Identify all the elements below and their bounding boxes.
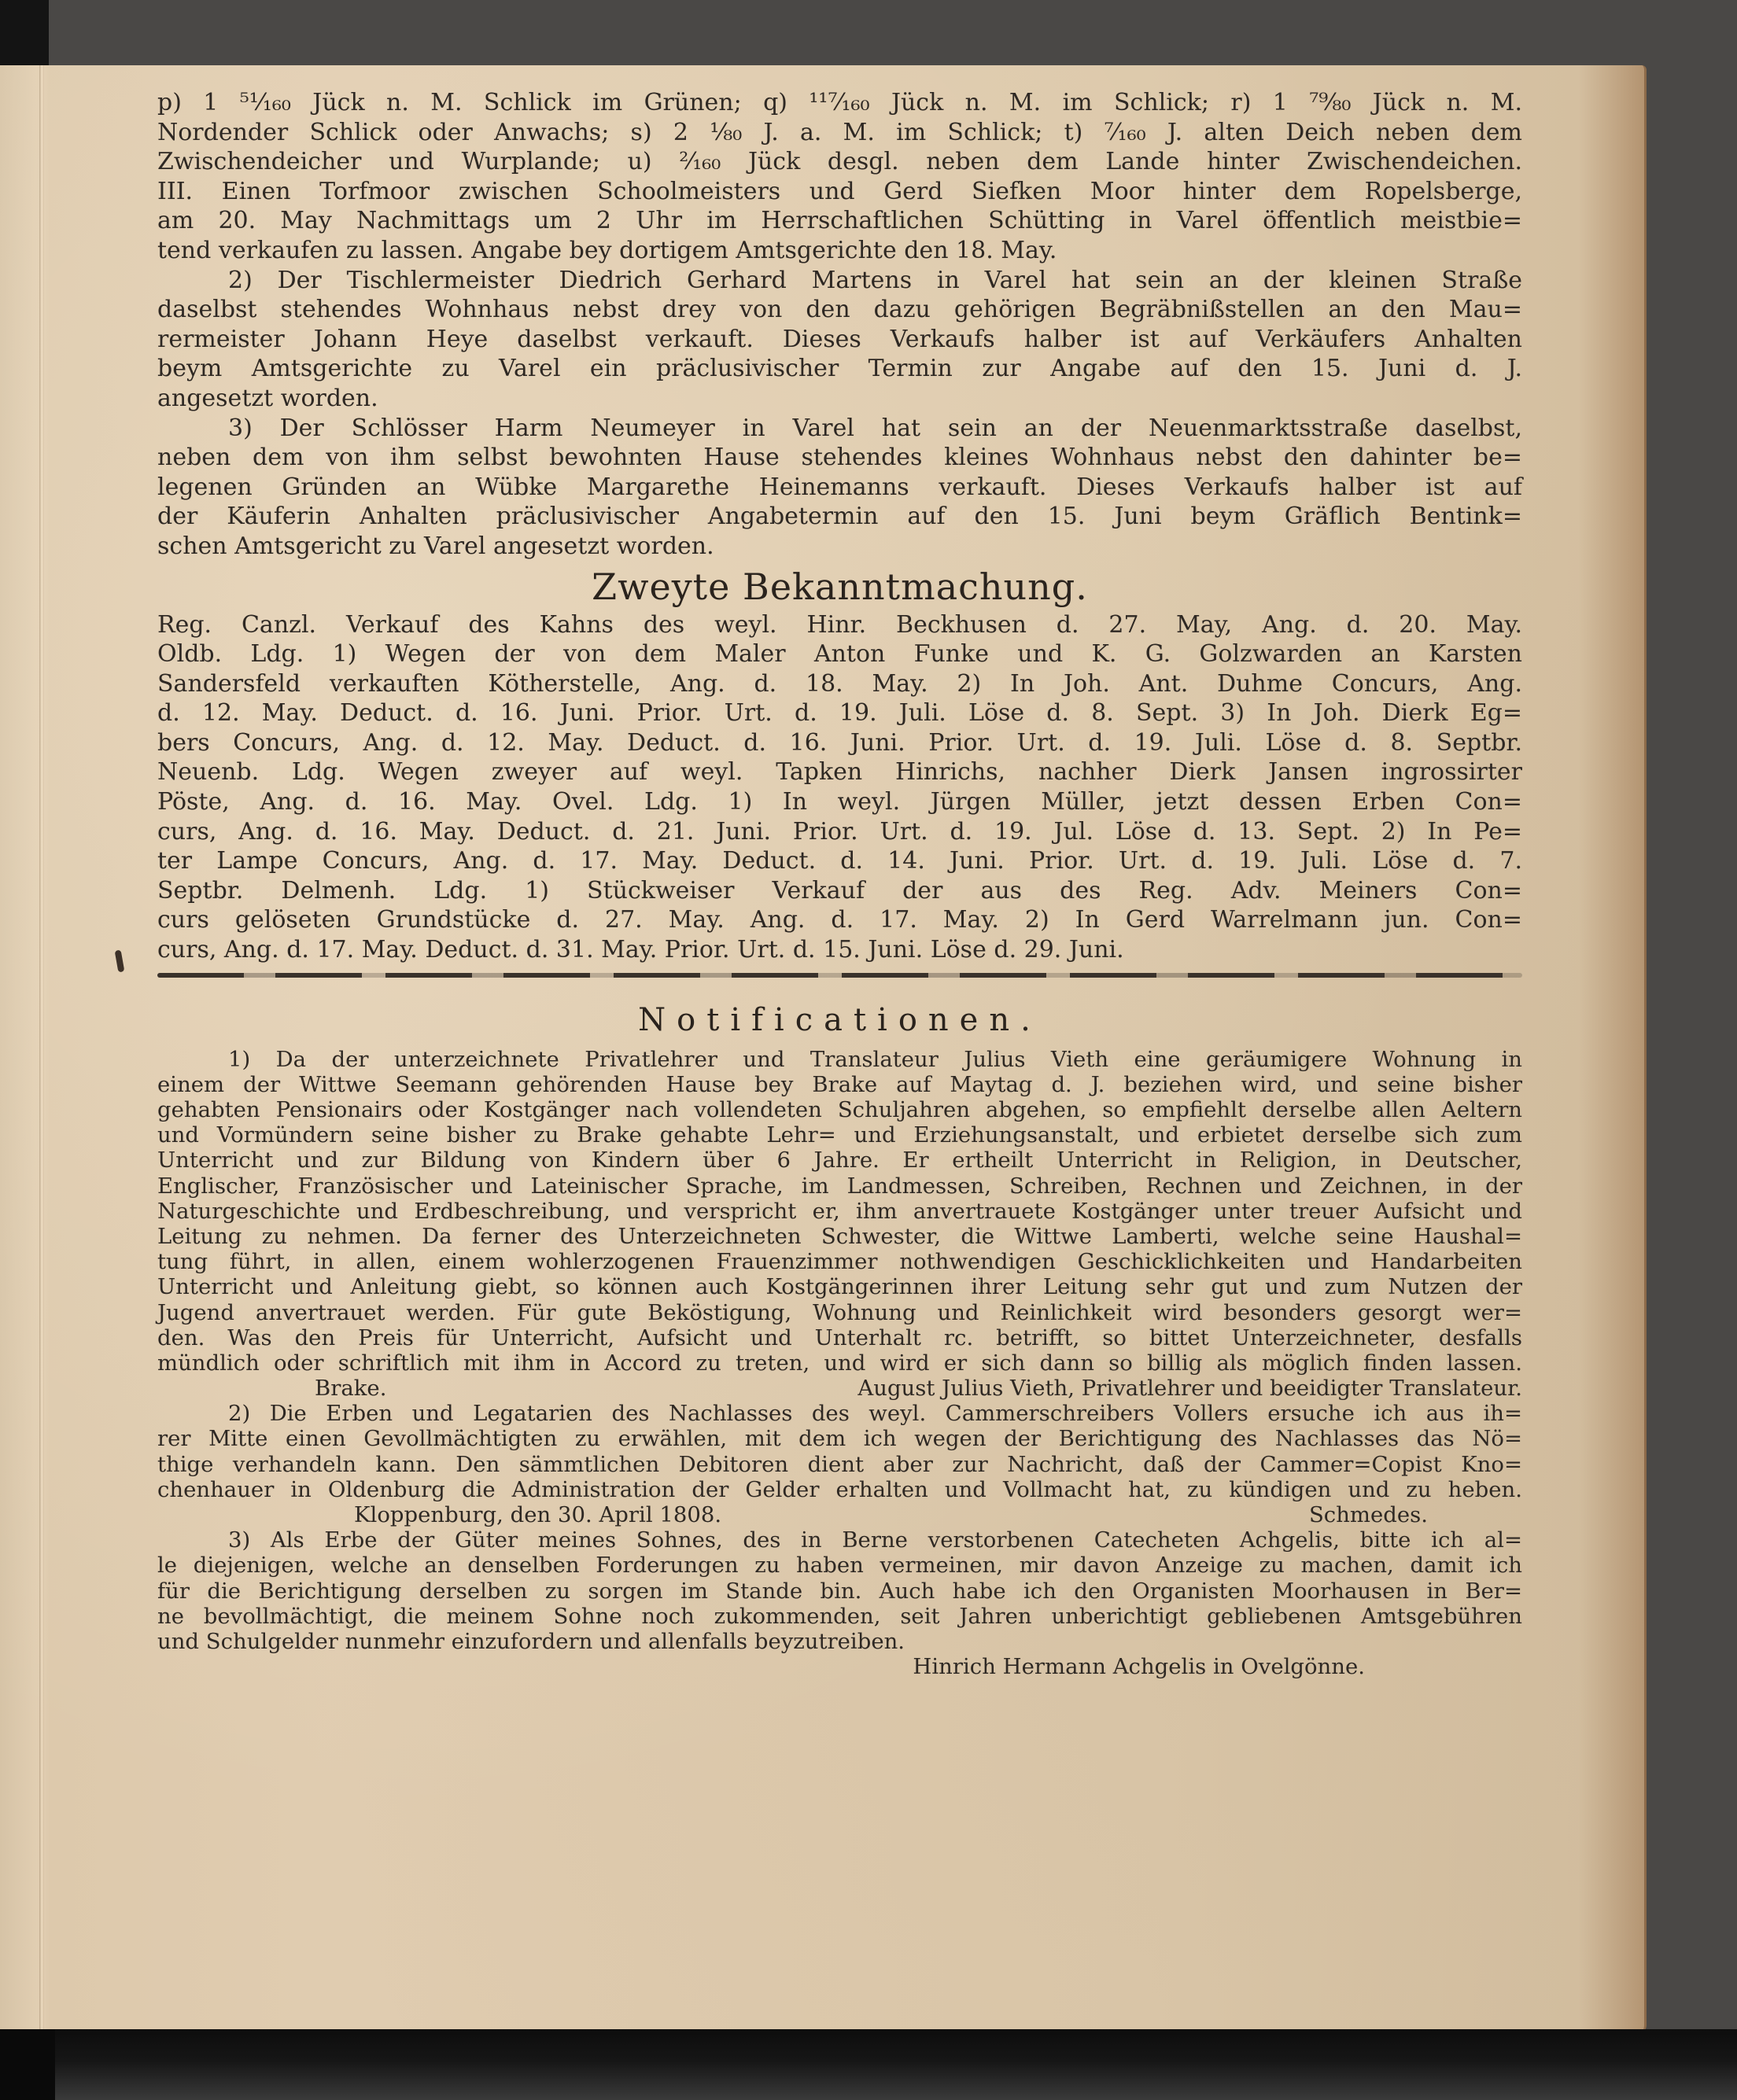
signature-line: Hinrich Hermann Achgelis in Ovelgönne. [157,1654,1522,1679]
text-line: einem der Wittwe Seemann gehörenden Haus… [157,1072,1522,1097]
text-line: 2) Der Tischlermeister Diedrich Gerhard … [157,266,1522,296]
text-line: angesetzt worden. [157,384,1522,414]
text-line: ter Lampe Concurs, Ang. d. 17. May. Dedu… [157,846,1522,876]
text-line: und Schulgelder nunmehr einzufordern und… [157,1629,1522,1654]
signature: August Julius Vieth, Privatlehrer und be… [857,1376,1522,1401]
text-line: tung führt, in allen, einem wohlerzogene… [157,1249,1522,1274]
text-line: und Vormündern seine bisher zu Brake geh… [157,1122,1522,1148]
text-line: Unterricht und zur Bildung von Kindern ü… [157,1148,1522,1173]
text-line: Leitung zu nehmen. Da ferner des Unterze… [157,1224,1522,1249]
text-line: legenen Gründen an Wübke Margarethe Hein… [157,473,1522,503]
text-line: rermeister Johann Heye daselbst verkauft… [157,325,1522,355]
text-line: für die Berichtigung derselben zu sorgen… [157,1579,1522,1604]
text-line: rer Mitte einen Gevollmächtigten zu erwä… [157,1426,1522,1451]
signature: Schmedes. [1309,1502,1522,1527]
text-line: curs, Ang. d. 17. May. Deduct. d. 31. Ma… [157,935,1522,965]
text-line: neben dem von ihm selbst bewohnten Hause… [157,443,1522,473]
notice-3: 3) Als Erbe der Güter meines Sohnes, des… [157,1527,1522,1679]
text-line: gehabten Pensionairs oder Kostgänger nac… [157,1097,1522,1122]
text-line: 3) Als Erbe der Güter meines Sohnes, des… [157,1527,1522,1553]
text-line: Pöste, Ang. d. 16. May. Ovel. Ldg. 1) In… [157,787,1522,817]
text-line: Sandersfeld verkauften Kötherstelle, Ang… [157,669,1522,699]
text-line: daselbst stehendes Wohnhaus nebst drey v… [157,295,1522,325]
text-line: d. 12. May. Deduct. d. 16. Juni. Prior. … [157,698,1522,728]
text-line: Septbr. Delmenh. Ldg. 1) Stückweiser Ver… [157,876,1522,906]
text-line: Nordender Schlick oder Anwachs; s) 2 ¹⁄₈… [157,118,1522,148]
scan-background-corner [0,0,49,69]
text-line: tend verkaufen zu lassen. Angabe bey dor… [157,236,1522,266]
text-line: am 20. May Nachmittags um 2 Uhr im Herrs… [157,206,1522,236]
page-gutter-fold [39,65,44,2033]
text-line: Englischer, Französischer und Lateinisch… [157,1173,1522,1199]
text-line: curs, Ang. d. 16. May. Deduct. d. 21. Ju… [157,817,1522,847]
notice-1: 1) Da der unterzeichnete Privatlehrer un… [157,1047,1522,1402]
text-line: bers Concurs, Ang. d. 12. May. Deduct. d… [157,728,1522,758]
text-line: Neuenb. Ldg. Wegen zweyer auf weyl. Tapk… [157,757,1522,787]
text-line: der Käuferin Anhalten präclusivischer An… [157,502,1522,532]
text-line: den. Was den Preis für Unterricht, Aufsi… [157,1325,1522,1350]
scan-background-corner-bottom [0,2029,55,2100]
section-divider-rule [157,973,1522,978]
text-line: III. Einen Torfmoor zwischen Schoolmeist… [157,177,1522,207]
signature-line: Kloppenburg, den 30. April 1808. Schmede… [157,1502,1522,1527]
signature: Hinrich Hermann Achgelis in Ovelgönne. [913,1654,1522,1679]
scan-shadow-bottom [0,2029,1737,2100]
text-line: 2) Die Erben und Legatarien des Nachlass… [157,1401,1522,1426]
text-line: Naturgeschichte und Erdbeschreibung, und… [157,1199,1522,1224]
text-line: Reg. Canzl. Verkauf des Kahns des weyl. … [157,610,1522,640]
section-notifications: Notificationen. 1) Da der unterzeichnete… [157,1000,1522,1680]
text-line: ne bevollmächtigt, die meinem Sohne noch… [157,1604,1522,1629]
section-heading: Notificationen. [157,1000,1522,1041]
place-date: Kloppenburg, den 30. April 1808. [157,1502,721,1527]
notice-2: 2) Die Erben und Legatarien des Nachlass… [157,1401,1522,1527]
text-line: curs gelöseten Grundstücke d. 27. May. A… [157,905,1522,935]
text-line: 3) Der Schlösser Harm Neumeyer in Varel … [157,414,1522,444]
text-line: Oldb. Ldg. 1) Wegen der von dem Maler An… [157,639,1522,669]
text-line: schen Amtsgericht zu Varel angesetzt wor… [157,532,1522,562]
page-content: p) 1 ⁵¹⁄₁₆₀ Jück n. M. Schlick im Grünen… [157,88,1522,1679]
text-line: 1) Da der unterzeichnete Privatlehrer un… [157,1047,1522,1072]
section-first-announcement-continued: p) 1 ⁵¹⁄₁₆₀ Jück n. M. Schlick im Grünen… [157,88,1522,562]
text-line: Zwischendeicher und Wurplande; u) ²⁄₁₆₀ … [157,147,1522,177]
text-line: Jugend anvertrauet werden. Für gute Bekö… [157,1300,1522,1325]
signature-line: Brake. August Julius Vieth, Privatlehrer… [157,1376,1522,1401]
section-heading: Zweyte Bekanntmachung. [157,566,1522,607]
text-line: p) 1 ⁵¹⁄₁₆₀ Jück n. M. Schlick im Grünen… [157,88,1522,118]
text-line: mündlich oder schriftlich mit ihm in Acc… [157,1350,1522,1376]
text-line: thige verhandeln kann. Den sämmtlichen D… [157,1452,1522,1477]
place-name: Brake. [157,1376,386,1401]
text-line: le diejenigen, welche an denselben Forde… [157,1553,1522,1578]
text-line: Unterricht und Anleitung giebt, so könne… [157,1274,1522,1299]
text-line: chenhauer in Oldenburg die Administratio… [157,1477,1522,1502]
text-line: beym Amtsgerichte zu Varel ein präclusiv… [157,354,1522,384]
section-second-announcement: Zweyte Bekanntmachung. Reg. Canzl. Verka… [157,566,1522,978]
